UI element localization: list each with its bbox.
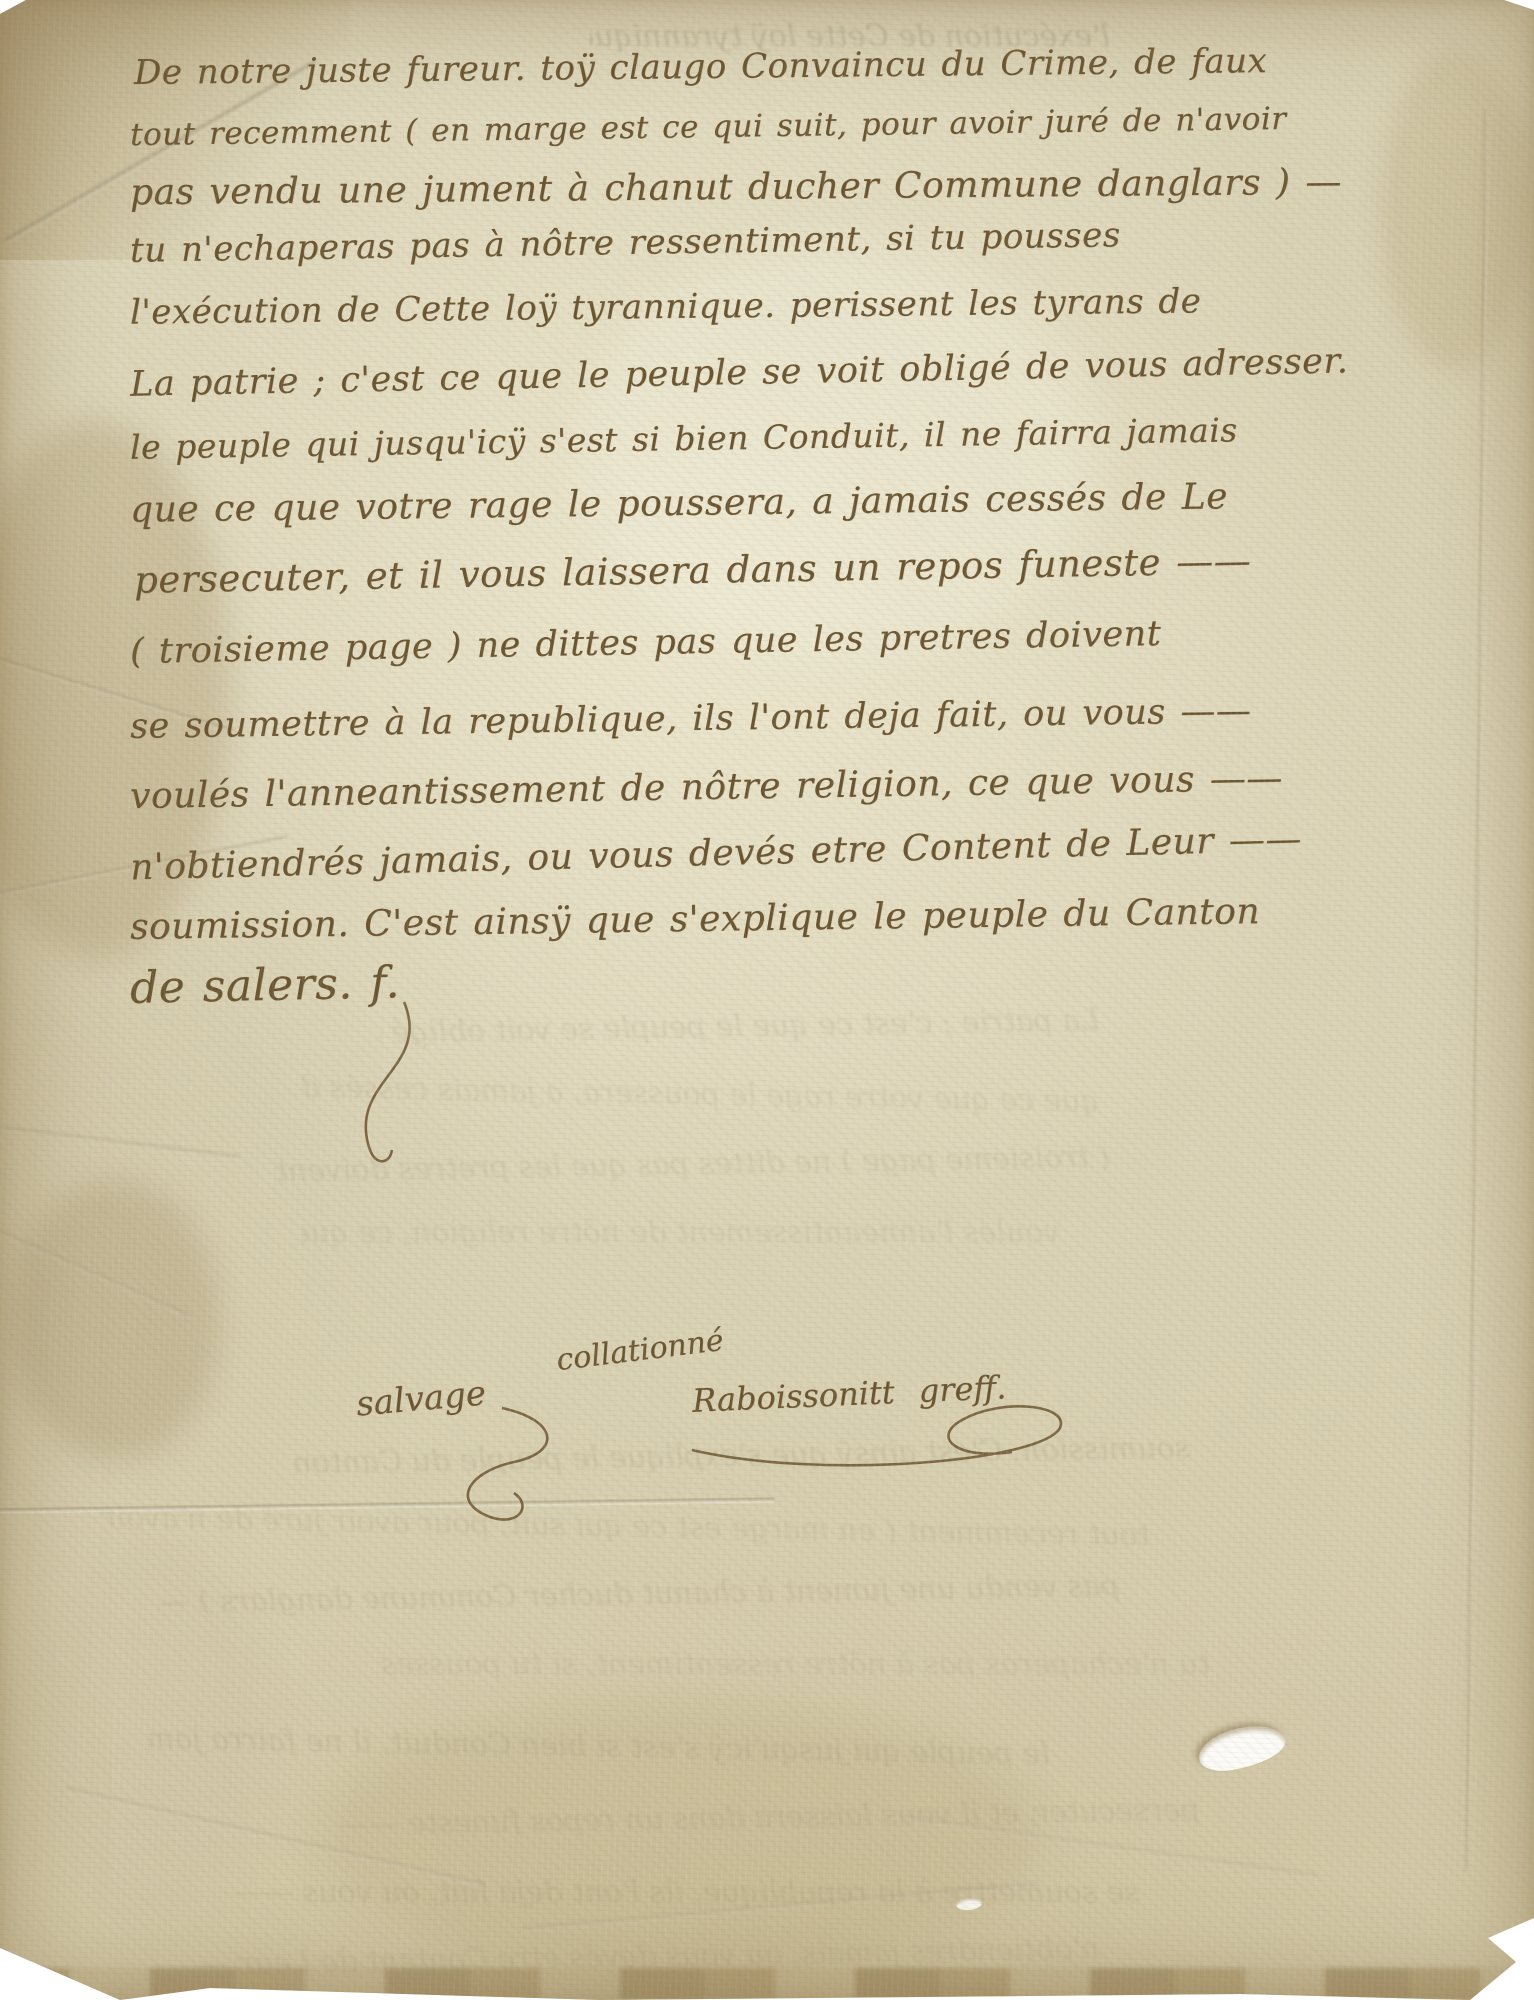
signature-greffier: Raboissonitt greff. xyxy=(691,1371,1006,1417)
crease-line xyxy=(65,1787,485,1888)
salvage-flourish xyxy=(468,1408,547,1520)
f-descender-flourish xyxy=(366,1002,410,1161)
manuscript-line: De notre juste fureur. toÿ claugo Convai… xyxy=(134,44,1267,90)
manuscript-line: de salers. f. xyxy=(130,961,401,1011)
bleedthrough-text: tu n'echaperas pas à nôtre ressentiment,… xyxy=(60,1650,1210,1680)
crease-line xyxy=(902,1816,1318,1878)
signature-greffier-role: greff. xyxy=(918,1368,1007,1410)
manuscript-line: tu n'echaperas pas à nôtre ressentiment,… xyxy=(130,218,1121,268)
bleedthrough-text: n'obtiendrés jamais, ou vous devés etre … xyxy=(200,1934,1100,1980)
manuscript-line: se soumettre à la republique, ils l'ont … xyxy=(130,694,1252,745)
bleedthrough-text: se soumettre à la republique, ils l'ont … xyxy=(140,1878,1140,1908)
bleedthrough-text: soumission. C'est ainsÿ que s'explique l… xyxy=(90,1433,1190,1482)
stain xyxy=(10,1180,220,1460)
bleedthrough-text: persecuter, et il vous laissera dans un … xyxy=(100,1795,1200,1844)
manuscript-line: l'exécution de Cette loÿ tyrannique. per… xyxy=(130,284,1202,329)
stain xyxy=(320,1700,1040,1970)
crease-line xyxy=(0,1225,191,1318)
manuscript-line: que ce que votre rage le poussera, a jam… xyxy=(130,479,1228,528)
bleedthrough-text: voulés l'anneantissement de nôtre religi… xyxy=(300,1218,1060,1248)
manuscript-line: le peuple qui jusqu'icÿ s'est si bien Co… xyxy=(130,413,1238,463)
bleedthrough-text: La patrie ; c'est ce que le peuple se vo… xyxy=(380,1006,1100,1049)
bleedthrough-text: le peuple qui jusqu'icÿ s'est si bien Co… xyxy=(150,1724,1050,1770)
crease-line xyxy=(0,1125,239,1159)
manuscript-line: voulés l'anneantissement de nôtre religi… xyxy=(130,761,1283,815)
bleedthrough-text: ( troisieme page ) ne dittes pas que les… xyxy=(260,1143,1110,1188)
manuscript-line: pas vendu une jument à chanut ducher Com… xyxy=(130,165,1342,212)
manuscript-line: n'obtiendrés jamais, ou vous devés etre … xyxy=(130,822,1303,887)
stain xyxy=(40,1540,260,1920)
bleedthrough-text: tout recemment ( en marge est ce qui sui… xyxy=(100,1503,1150,1551)
stain xyxy=(1380,50,1530,370)
manuscript-line: ( troisieme page ) ne dittes pas que les… xyxy=(130,617,1162,670)
bleedthrough-text: que ce que votre rage le poussera, a jam… xyxy=(300,1073,1100,1117)
paper-nick xyxy=(955,1897,982,1912)
bleedthrough-text: pas vendu une jument à chanut ducher Com… xyxy=(120,1571,1120,1618)
manuscript-line: soumission. C'est ainsÿ que s'explique l… xyxy=(130,894,1260,946)
attestation-collationne: collationné xyxy=(555,1326,725,1376)
crease-line xyxy=(1466,110,1488,1870)
crease-line xyxy=(0,1498,774,1514)
signature-greffier-name: Raboissonitt xyxy=(691,1373,895,1420)
torn-bottom-edge xyxy=(0,1968,1534,2000)
manuscript-line: persecuter, et il vous laissera dans un … xyxy=(134,542,1252,598)
paper-tear-hole xyxy=(1195,1721,1289,1776)
signature-salvage: salvage xyxy=(355,1376,487,1421)
manuscript-line: tout recemment ( en marge est ce qui sui… xyxy=(130,104,1287,151)
manuscript-line: La patrie ; c'est ce que le peuple se vo… xyxy=(130,344,1349,402)
scanned-manuscript: l'exécution de Cette loÿ tyrannique. per… xyxy=(0,0,1534,2000)
paper-sheet: l'exécution de Cette loÿ tyrannique. per… xyxy=(0,0,1534,2000)
